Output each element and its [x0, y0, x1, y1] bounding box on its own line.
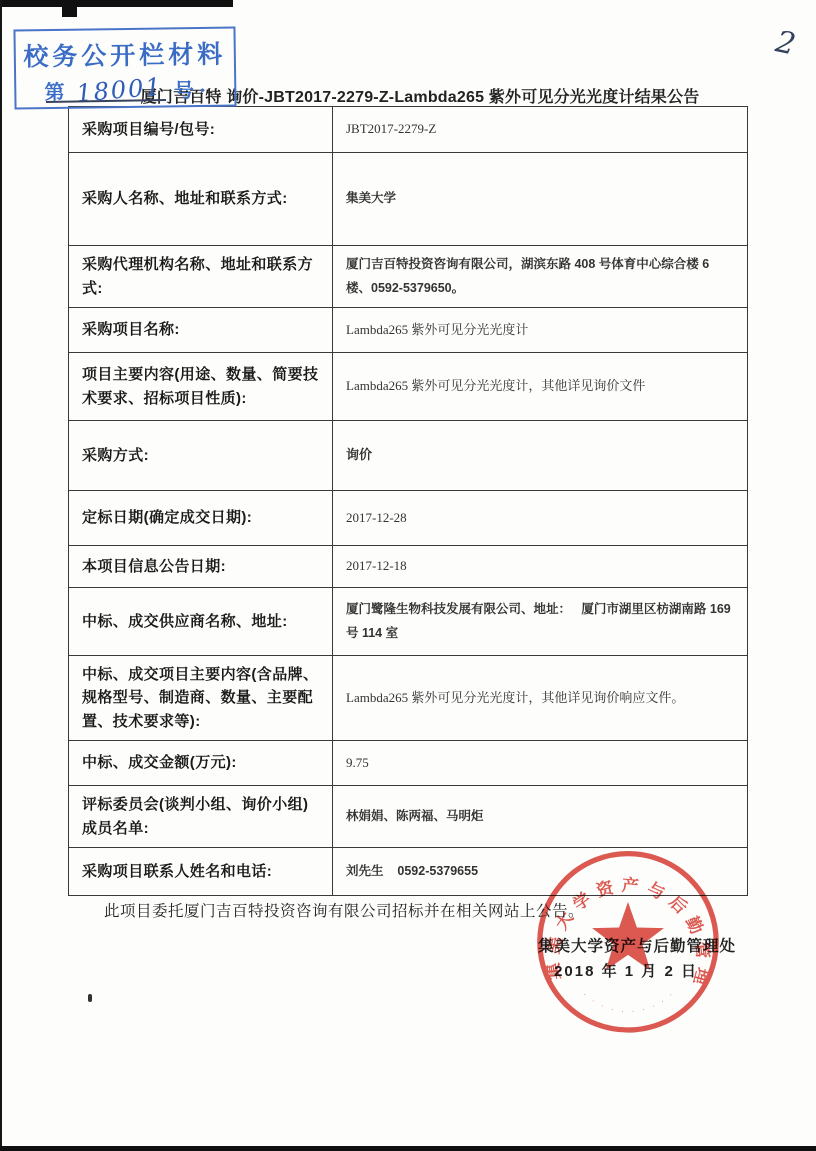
- table-row: 采购方式: 询价: [69, 421, 748, 491]
- row-label: 定标日期(确定成交日期):: [69, 491, 333, 546]
- table-row: 本项目信息公告日期: 2017-12-18: [69, 546, 748, 588]
- seal-bottom-marks: · · · · · · · · · ·: [581, 988, 676, 1015]
- table-row: 采购项目名称: Lambda265 紫外可见分光光度计: [69, 308, 748, 353]
- delegation-note: 此项目委托厦门吉百特投资咨询有限公司招标并在相关网站上公告。: [104, 899, 584, 921]
- row-value: 询价: [333, 421, 748, 491]
- scan-artifact-top-tick: [62, 0, 77, 17]
- row-value: JBT2017-2279-Z: [333, 107, 748, 153]
- table-row: 中标、成交供应商名称、地址: 厦门鹭隆生物科技发展有限公司、地址： 厦门市湖里区…: [69, 588, 748, 656]
- row-value: 厦门吉百特投资咨询有限公司，湖滨东路 408 号体育中心综合楼 6 楼、0592…: [333, 246, 748, 308]
- table-row: 中标、成交金额(万元): 9.75: [69, 741, 748, 786]
- row-label: 采购人名称、地址和联系方式:: [69, 153, 333, 246]
- announcement-table: 采购项目编号/包号: JBT2017-2279-Z 采购人名称、地址和联系方式:…: [68, 106, 748, 896]
- row-label: 采购方式:: [69, 421, 333, 491]
- handwritten-serial-number: 18001: [75, 73, 163, 108]
- row-label: 评标委员会(谈判小组、询价小组)成员名单:: [69, 786, 333, 848]
- row-value: Lambda265 紫外可见分光光度计，其他详见询价响应文件。: [333, 656, 748, 741]
- blue-stamp-title: 校务公开栏材料: [16, 34, 234, 73]
- table-row: 采购代理机构名称、地址和联系方式: 厦门吉百特投资咨询有限公司，湖滨东路 408…: [69, 246, 748, 308]
- row-value: 集美大学: [333, 153, 748, 246]
- row-value: 9.75: [333, 741, 748, 786]
- signature-date: 2018 年 1 月 2 日: [554, 960, 698, 981]
- blue-intake-stamp: 校务公开栏材料 第 18001 号 ·: [13, 26, 236, 109]
- row-label: 中标、成交项目主要内容(含品牌、规格型号、制造商、数量、主要配置、技术要求等):: [69, 656, 333, 741]
- scan-artifact-bottom-bar: [0, 1146, 816, 1151]
- table-row: 采购项目联系人姓名和电话: 刘先生 0592-5379655: [69, 848, 748, 896]
- row-label: 中标、成交供应商名称、地址:: [69, 588, 333, 656]
- handwritten-page-number: 2: [773, 24, 799, 62]
- row-value: 刘先生 0592-5379655: [333, 848, 748, 896]
- table-row: 评标委员会(谈判小组、询价小组)成员名单: 林娟娟、陈两福、马明炬: [69, 786, 748, 848]
- signing-department: 集美大学资产与后勤管理处: [538, 934, 736, 956]
- row-label: 中标、成交金额(万元):: [69, 741, 333, 786]
- scan-artifact-left-edge: [0, 0, 2, 1151]
- blue-stamp-number-suffix: 号 ·: [174, 80, 207, 102]
- table-row: 项目主要内容(用途、数量、简要技术要求、招标项目性质): Lambda265 紫…: [69, 353, 748, 421]
- row-label: 采购项目联系人姓名和电话:: [69, 848, 333, 896]
- row-value: 2017-12-18: [333, 546, 748, 588]
- row-label: 采购代理机构名称、地址和联系方式:: [69, 246, 333, 308]
- scan-artifact-dot: [88, 994, 92, 1002]
- scan-artifact-top-bar: [0, 0, 233, 7]
- row-label: 采购项目编号/包号:: [69, 107, 333, 153]
- row-label: 本项目信息公告日期:: [69, 546, 333, 588]
- row-label: 采购项目名称:: [69, 308, 333, 353]
- row-value: Lambda265 紫外可见分光光度计，其他详见询价文件: [333, 353, 748, 421]
- table-row: 采购人名称、地址和联系方式: 集美大学: [69, 153, 748, 246]
- row-value: 林娟娟、陈两福、马明炬: [333, 786, 748, 848]
- table-row: 中标、成交项目主要内容(含品牌、规格型号、制造商、数量、主要配置、技术要求等):…: [69, 656, 748, 741]
- table-row: 采购项目编号/包号: JBT2017-2279-Z: [69, 107, 748, 153]
- row-value: 2017-12-28: [333, 491, 748, 546]
- row-value: Lambda265 紫外可见分光光度计: [333, 308, 748, 353]
- table-row: 定标日期(确定成交日期): 2017-12-28: [69, 491, 748, 546]
- row-value: 厦门鹭隆生物科技发展有限公司、地址： 厦门市湖里区枋湖南路 169 号 114 …: [333, 588, 748, 656]
- row-label: 项目主要内容(用途、数量、简要技术要求、招标项目性质):: [69, 353, 333, 421]
